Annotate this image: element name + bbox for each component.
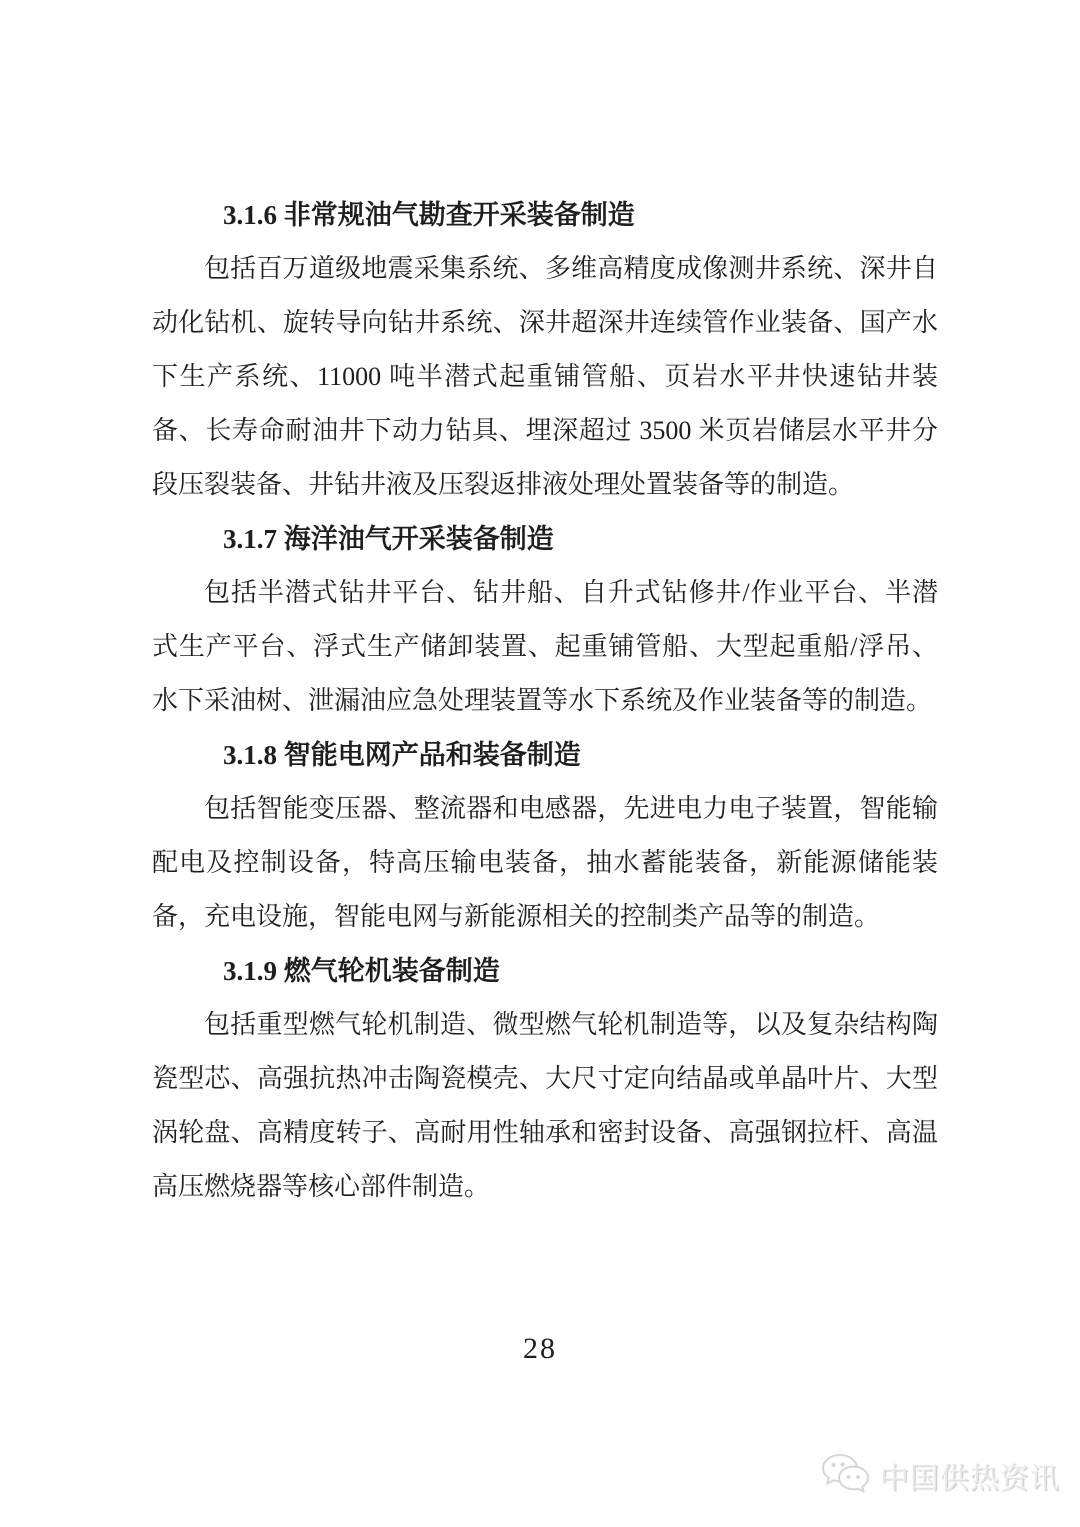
section-heading: 3.1.7 海洋油气开采装备制造 — [152, 512, 938, 566]
section-heading: 3.1.8 智能电网产品和装备制造 — [152, 728, 938, 782]
watermark: 中国供热资讯 — [818, 1448, 1060, 1504]
section-heading: 3.1.6 非常规油气勘查开采装备制造 — [152, 188, 938, 242]
section-3-1-7: 3.1.7 海洋油气开采装备制造 包括半潜式钻井平台、钻井船、自升式钻修井/作业… — [152, 512, 938, 728]
document-page: 3.1.6 非常规油气勘查开采装备制造 包括百万道级地震采集系统、多维高精度成像… — [0, 0, 1080, 1527]
section-paragraph: 包括智能变压器、整流器和电感器，先进电力电子装置，智能输配电及控制设备，特高压输… — [152, 782, 938, 944]
page-number: 28 — [0, 1332, 1080, 1366]
section-3-1-8: 3.1.8 智能电网产品和装备制造 包括智能变压器、整流器和电感器，先进电力电子… — [152, 728, 938, 944]
section-paragraph: 包括百万道级地震采集系统、多维高精度成像测井系统、深井自动化钻机、旋转导向钻井系… — [152, 242, 938, 512]
section-paragraph: 包括半潜式钻井平台、钻井船、自升式钻修井/作业平台、半潜式生产平台、浮式生产储卸… — [152, 566, 938, 728]
section-3-1-9: 3.1.9 燃气轮机装备制造 包括重型燃气轮机制造、微型燃气轮机制造等，以及复杂… — [152, 944, 938, 1214]
section-paragraph: 包括重型燃气轮机制造、微型燃气轮机制造等，以及复杂结构陶瓷型芯、高强抗热冲击陶瓷… — [152, 998, 938, 1214]
watermark-text: 中国供热资讯 — [880, 1456, 1060, 1497]
section-3-1-6: 3.1.6 非常规油气勘查开采装备制造 包括百万道级地震采集系统、多维高精度成像… — [152, 188, 938, 512]
document-content: 3.1.6 非常规油气勘查开采装备制造 包括百万道级地震采集系统、多维高精度成像… — [152, 188, 938, 1214]
section-heading: 3.1.9 燃气轮机装备制造 — [152, 944, 938, 998]
wechat-icon — [818, 1448, 874, 1504]
